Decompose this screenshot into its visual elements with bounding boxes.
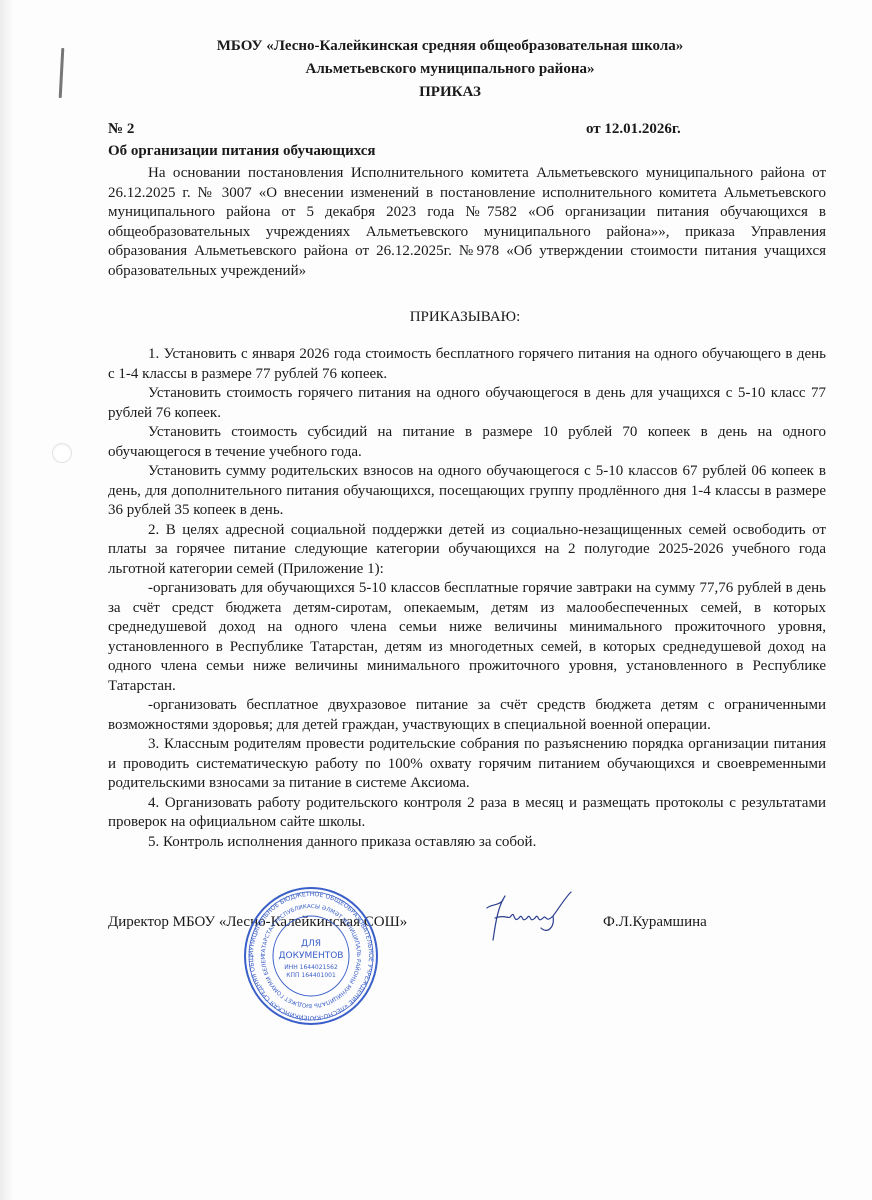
paragraph-1c: Установить стоимость субсидий на питание…	[108, 423, 826, 462]
preamble-text: На основании постановления Исполнительно…	[108, 164, 826, 281]
order-subject: Об организации питания обучающихся	[108, 143, 728, 160]
staple-mark-icon	[59, 48, 65, 98]
svg-text:ИНН 1644021562: ИНН 1644021562	[284, 964, 338, 971]
paragraph-4: 4. Организовать работу родительского кон…	[108, 794, 826, 833]
doc-type-title: ПРИКАЗ	[100, 84, 800, 101]
order-meta-row: № 2 от 12.01.2026г.	[108, 121, 728, 138]
paragraph-2b: -организовать бесплатное двухразовое пит…	[108, 696, 826, 735]
paragraph-2a: -организовать для обучающихся 5-10 класс…	[108, 579, 826, 696]
order-number: № 2	[108, 121, 134, 137]
paragraph-1b: Установить стоимость горячего питания на…	[108, 384, 826, 423]
org-name-line1: МБОУ «Лесно-Калейкинская средняя общеобр…	[100, 38, 800, 55]
paragraph-2: 2. В целях адресной социальной поддержки…	[108, 521, 826, 580]
order-word: ПРИКАЗЫВАЮ:	[100, 309, 830, 326]
paragraph-1: 1. Установить с января 2026 года стоимос…	[108, 345, 826, 384]
preamble: На основании постановления Исполнительно…	[108, 164, 826, 281]
punch-hole-icon	[52, 443, 72, 463]
org-name-line2: Альметьевского муниципального района»	[100, 61, 800, 78]
paragraph-1d: Установить сумму родительских взносов на…	[108, 462, 826, 521]
svg-text:ДОКУМЕНТОВ: ДОКУМЕНТОВ	[279, 951, 344, 961]
signatory-name: Ф.Л.Курамшина	[603, 914, 707, 931]
official-stamp-icon: МУНИЦИПАЛЬНОЕ БЮДЖЕТНОЕ ОБЩЕОБРАЗОВАТЕЛЬ…	[243, 886, 379, 1026]
order-paragraphs: 1. Установить с января 2026 года стоимос…	[108, 345, 826, 852]
order-date: от 12.01.2026г.	[586, 121, 681, 138]
paragraph-5: 5. Контроль исполнения данного приказа о…	[108, 833, 826, 853]
svg-text:КПП 164401001: КПП 164401001	[286, 972, 336, 979]
handwritten-signature-icon	[475, 888, 585, 943]
paragraph-3: 3. Классным родителям провести родительс…	[108, 735, 826, 794]
page-edge-shadow	[0, 0, 14, 1200]
svg-text:ДЛЯ: ДЛЯ	[301, 939, 321, 949]
document-page: МБОУ «Лесно-Калейкинская средняя общеобр…	[0, 0, 872, 1200]
